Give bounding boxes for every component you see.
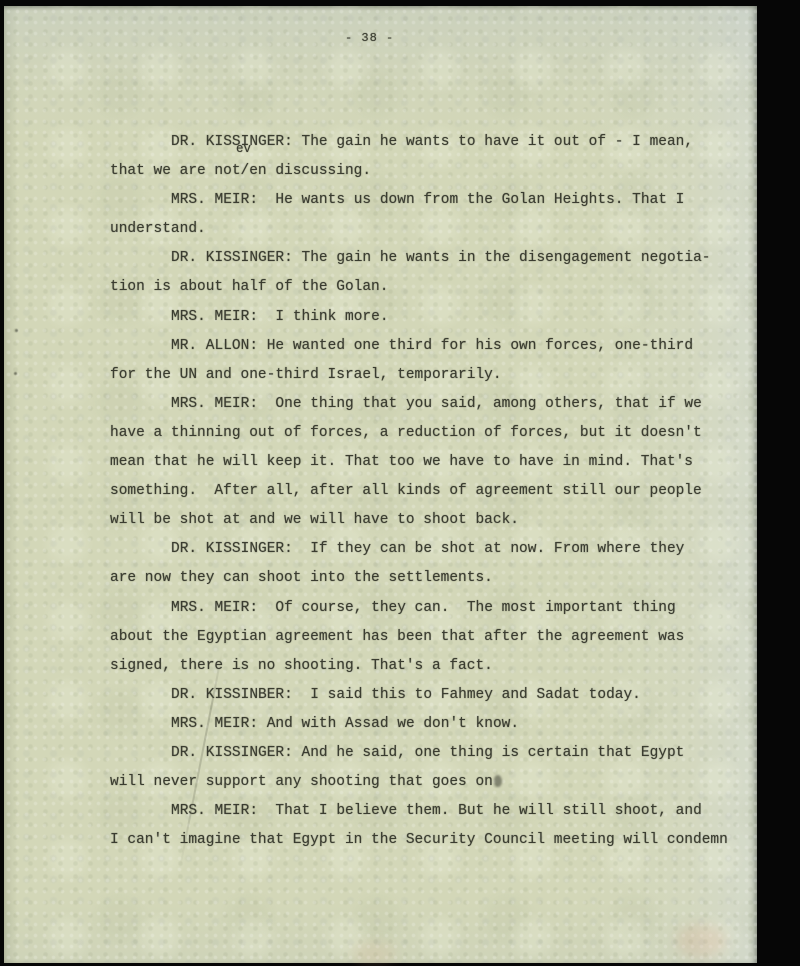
typed-insertion: ev	[236, 143, 251, 155]
typed-line: MRS. MEIR: I think more.	[110, 303, 770, 332]
paper-stain	[352, 942, 396, 966]
typed-line: will never support any shooting that goe…	[110, 768, 770, 797]
typed-line: DR. KISSINGER: And he said, one thing is…	[110, 739, 770, 768]
typed-line: about the Egyptian agreement has been th…	[110, 623, 770, 652]
typed-line: MRS. MEIR: Of course, they can. The most…	[110, 594, 770, 623]
typed-line: MR. ALLON: He wanted one third for his o…	[110, 332, 770, 361]
typed-line: DR. KISSINGER: The gain he wants in the …	[110, 244, 770, 273]
typed-line: MRS. MEIR: He wants us down from the Gol…	[110, 186, 770, 215]
typed-line: are now they can shoot into the settleme…	[110, 564, 770, 593]
scanned-document-screenshot: { "colors": { "paper": "#d3d7b8", "ink":…	[0, 0, 800, 966]
page-number: - 38 -	[345, 31, 394, 45]
typed-line: that we are not/en discussing.ev	[110, 157, 770, 186]
ink-speck	[15, 329, 18, 332]
ink-smudge	[494, 775, 502, 787]
ink-speck	[14, 372, 17, 375]
typed-line: I can't imagine that Egypt in the Securi…	[110, 826, 770, 855]
typed-line: tion is about half of the Golan.	[110, 273, 770, 302]
typed-line: MRS. MEIR: One thing that you said, amon…	[110, 390, 770, 419]
typed-line: DR. KISSINBER: I said this to Fahmey and…	[110, 681, 770, 710]
paper-stain	[676, 924, 726, 958]
typed-line: understand.	[110, 215, 770, 244]
typed-line: something. After all, after all kinds of…	[110, 477, 770, 506]
typed-line: mean that he will keep it. That too we h…	[110, 448, 770, 477]
typed-line: DR. KISSINGER: The gain he wants to have…	[110, 128, 770, 157]
typed-line: have a thinning out of forces, a reducti…	[110, 419, 770, 448]
typed-line: MRS. MEIR: And with Assad we don't know.	[110, 710, 770, 739]
document-page: - 38 - DR. KISSINGER: The gain he wants …	[4, 6, 757, 963]
typed-line: for the UN and one-third Israel, tempora…	[110, 361, 770, 390]
typed-line: MRS. MEIR: That I believe them. But he w…	[110, 797, 770, 826]
transcript-text: DR. KISSINGER: The gain he wants to have…	[110, 128, 770, 855]
typed-line: will be shot at and we will have to shoo…	[110, 506, 770, 535]
typed-line: signed, there is no shooting. That's a f…	[110, 652, 770, 681]
typed-line: DR. KISSINGER: If they can be shot at no…	[110, 535, 770, 564]
